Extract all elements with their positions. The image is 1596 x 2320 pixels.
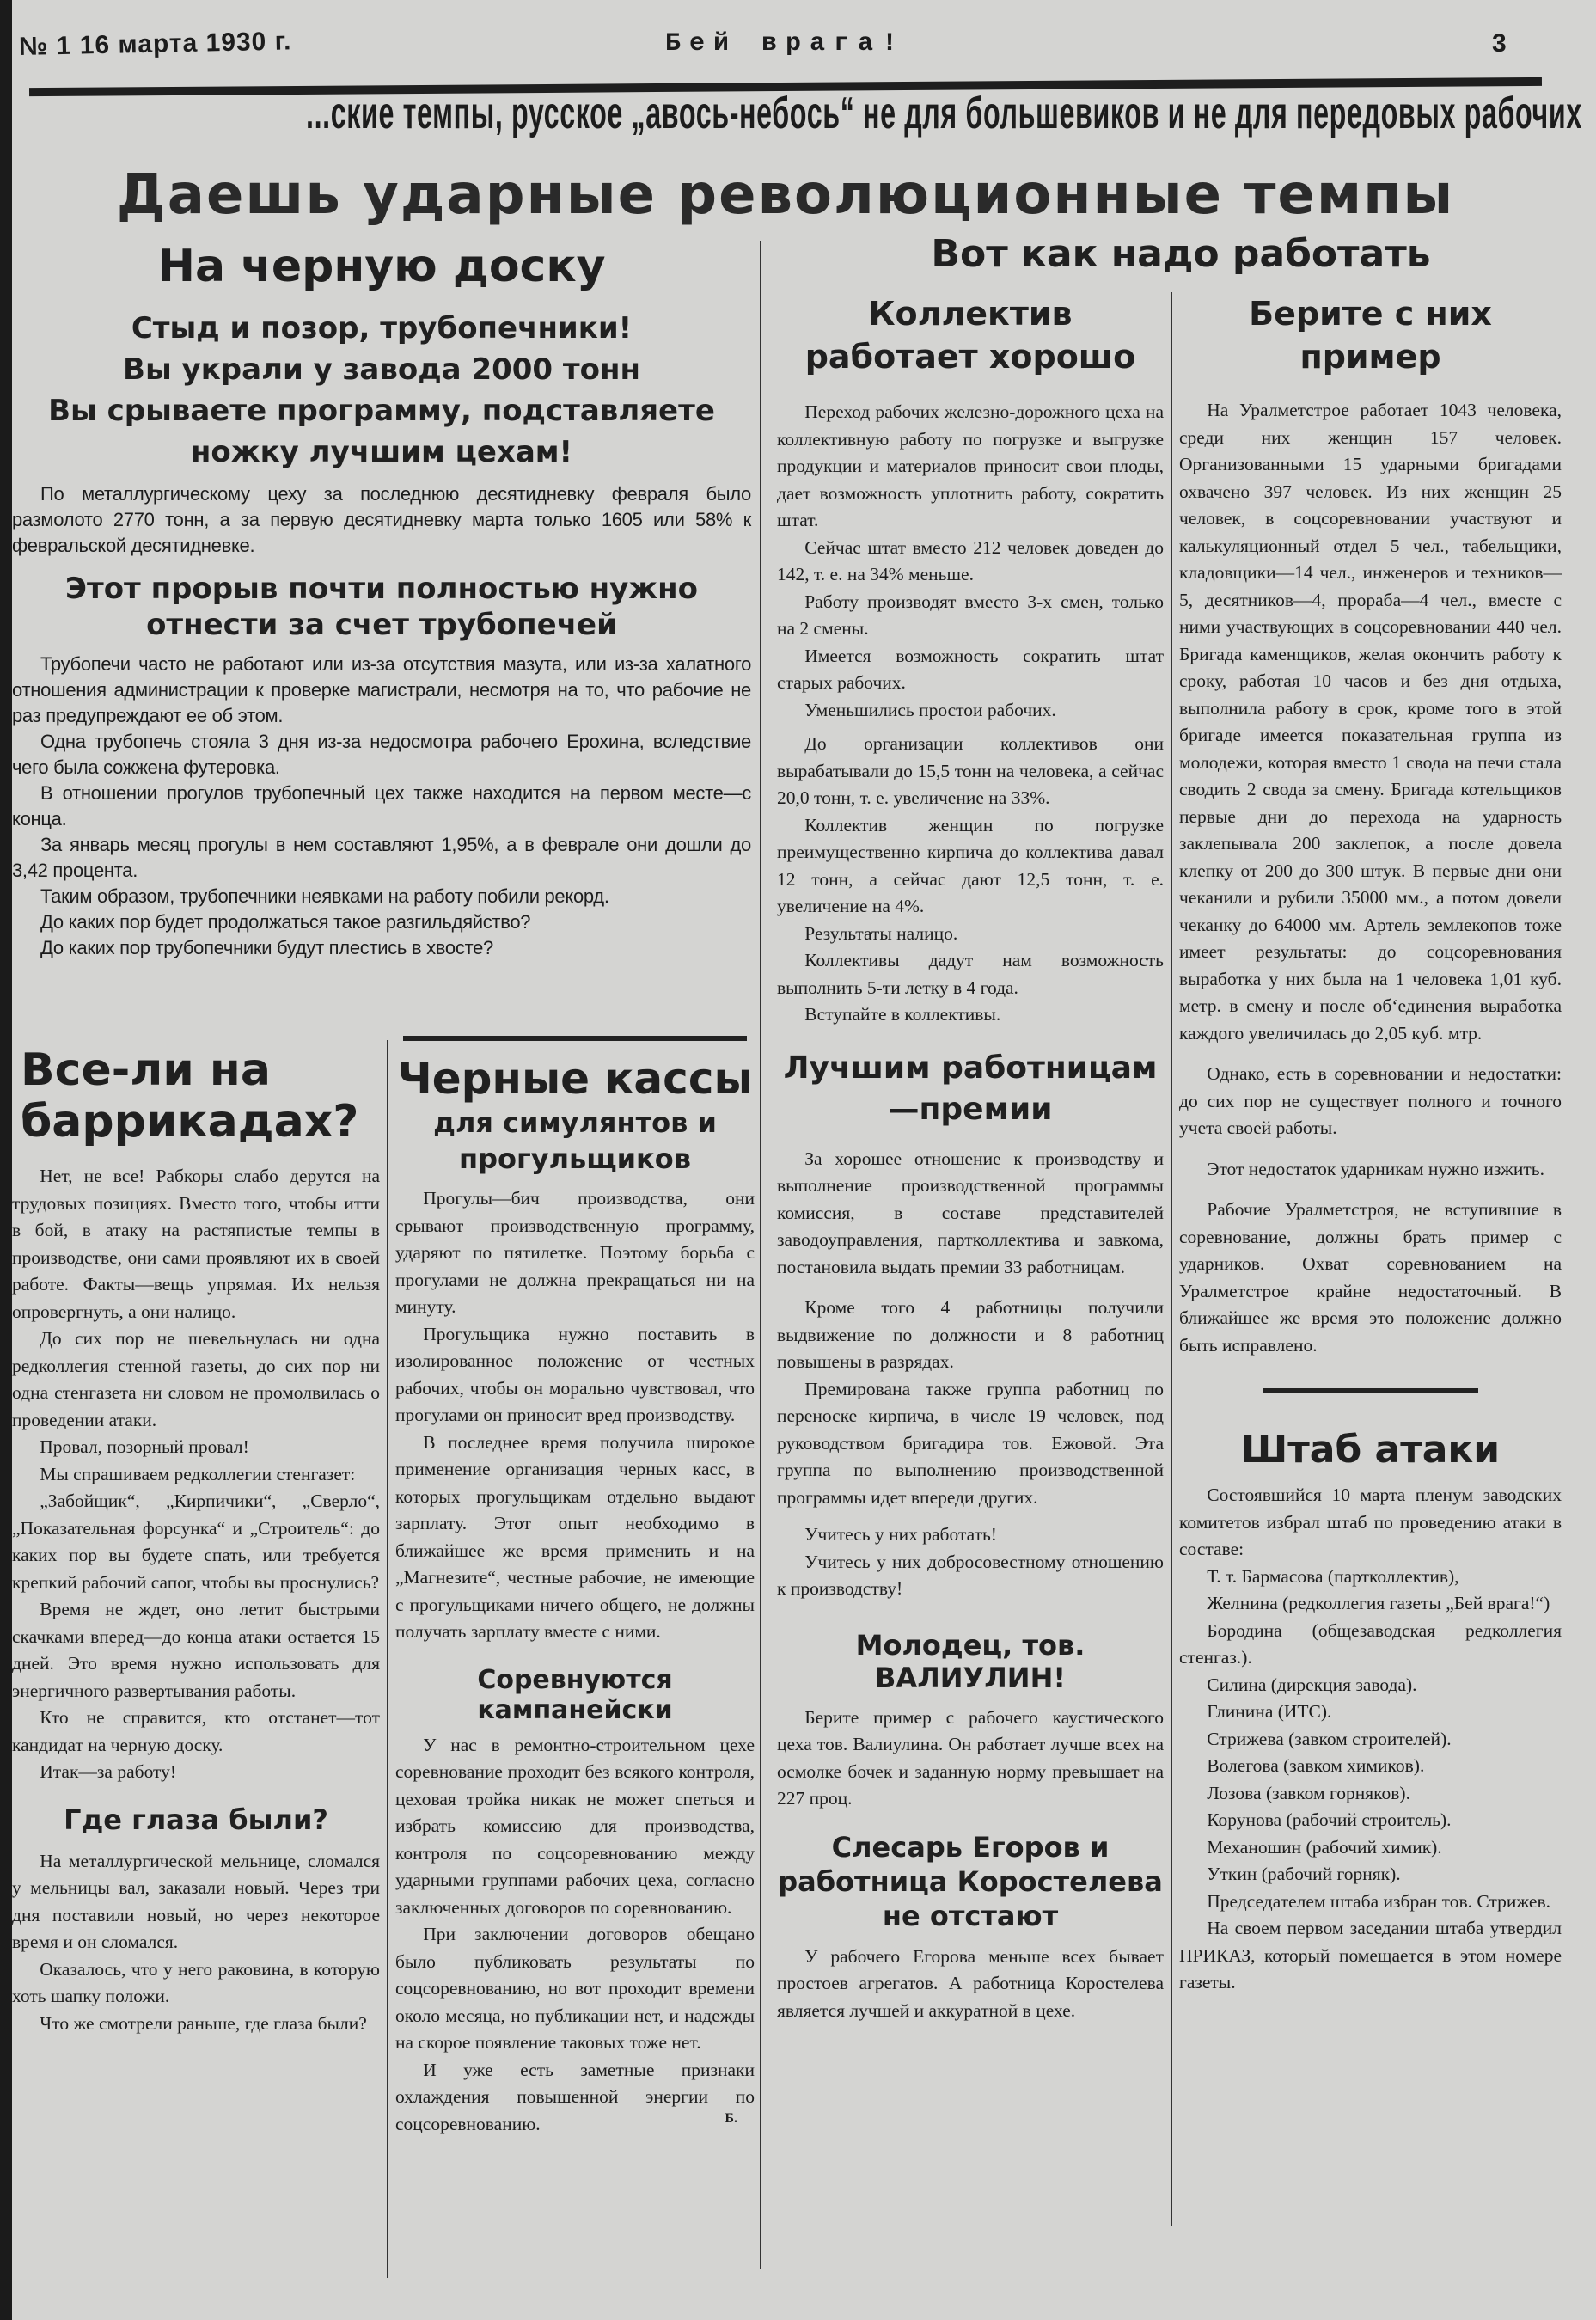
paragraph: Сейчас штат вместо 212 человек доведен д…	[777, 535, 1164, 589]
paragraph: Мы спрашиваем редколлегии стенгазет:	[12, 1461, 380, 1489]
headline-barricades: Все-ли на баррикадах?	[12, 1044, 380, 1148]
paragraph: Берите пример с рабочего каустического ц…	[777, 1705, 1164, 1813]
paragraph: Оказалось, что у него раковина, в котору…	[12, 1956, 380, 2011]
headline-breakthrough: Этот прорыв почти полностью нужно отнест…	[12, 571, 751, 643]
paragraph: Состоявшийся 10 марта пленум заводских к…	[1179, 1482, 1562, 1564]
divider-rule	[403, 1036, 747, 1041]
paragraph: Кроме того 4 работницы получили выдвижен…	[777, 1295, 1164, 1376]
paragraph: Прогулы—бич производства, они срывают пр…	[395, 1185, 755, 1321]
paragraph: Кто не справится, кто отстанет—тот канди…	[12, 1705, 380, 1759]
subhead-black-cash: для симулянтов и прогульщиков	[395, 1105, 755, 1177]
headline-egorov: Слесарь Егоров и работница Коростелева н…	[777, 1830, 1164, 1933]
paragraph: Вступайте в коллективы.	[777, 1001, 1164, 1029]
hq-member: Бородина (общезаводская редколлегия стен…	[1179, 1618, 1562, 1672]
page-binding-edge	[0, 0, 12, 2320]
hq-member: Т. т. Бармасова (партколлектив),	[1179, 1564, 1562, 1591]
paragraph: До каких пор трубопечники будут плестись…	[12, 935, 751, 961]
paragraph: Нет, не все! Рабкоры слабо дерутся на тр…	[12, 1163, 380, 1325]
paragraph: Этот недостаток ударникам нужно изжить.	[1179, 1156, 1562, 1184]
paragraph: В последнее время получила широкое приме…	[395, 1429, 755, 1646]
paragraph: Учитесь у них добросовестному отношению …	[777, 1549, 1164, 1603]
subhead-stolen: Вы украли у завода 2000 тонн	[12, 349, 751, 390]
paragraph: До каких пор будет продолжаться такое ра…	[12, 909, 751, 935]
paragraph: При заключении договоров обещано было пу…	[395, 1921, 755, 2057]
paragraph: На своем первом заседании штаба утвердил…	[1179, 1915, 1562, 1997]
headline-example: Берите с них пример	[1179, 292, 1562, 378]
paragraph: Время не ждет, оно летит быстрыми скачка…	[12, 1596, 380, 1705]
hq-member: Желнина (редколлегия газеты „Бей врага!“…	[1179, 1590, 1562, 1618]
banner-line-1: ...ские темпы, русское „авось-небось“ не…	[306, 88, 1265, 139]
hq-member: Корунова (рабочий строитель).	[1179, 1807, 1562, 1834]
paragraph: Имеется возможность сократить штат стары…	[777, 643, 1164, 697]
hq-member-list: Т. т. Бармасова (партколлектив), Желнина…	[1179, 1564, 1562, 1888]
article-black-cash: Черные кассы для симулянтов и прогульщик…	[395, 1044, 755, 2127]
paragraph: Что же смотрели раньше, где глаза были?	[12, 2011, 380, 2038]
article-black-board: На черную доску Стыд и позор, трубопечни…	[12, 241, 751, 961]
issue-date: № 1 16 марта 1930 г.	[19, 27, 292, 62]
paragraph: Однако, есть в соревновании и недостатки…	[1179, 1061, 1562, 1142]
paragraph: Рабочие Уралметстроя, не вступившие в со…	[1179, 1197, 1562, 1359]
hq-member: Механошин (рабочий химик).	[1179, 1834, 1562, 1862]
paragraph: Итак—за работу!	[12, 1759, 380, 1786]
paragraph: Таким образом, трубопечники неявками на …	[12, 884, 751, 909]
article-example: Берите с них пример На Уралметстрое рабо…	[1179, 292, 1562, 1997]
paragraph: Премирована также группа работниц по пер…	[777, 1376, 1164, 1512]
headline-campaign: Соревнуются кампанейски	[395, 1665, 755, 1725]
paragraph: Председателем штаба избран тов. Стрижев.	[1179, 1888, 1562, 1916]
paragraph: На Уралметстрое работает 1043 человека, …	[1179, 397, 1562, 1047]
subhead-shame: Стыд и позор, трубопечники!	[12, 308, 751, 349]
paragraph: Прогульщика нужно поставить в изолирован…	[395, 1321, 755, 1429]
hq-member: Глинина (ИТС).	[1179, 1699, 1562, 1726]
paragraph: Учитесь у них работать!	[777, 1521, 1164, 1549]
hq-member: Стрижева (завком строителей).	[1179, 1726, 1562, 1754]
headline-black-board: На черную доску	[12, 241, 751, 292]
paragraph: У нас в ремонтно-строительном цехе сорев…	[395, 1732, 755, 1922]
paragraph: До организации коллективов они вырабатыв…	[777, 731, 1164, 812]
column-divider	[1171, 292, 1172, 2226]
masthead: № 1 16 марта 1930 г. Бей врага! 3	[12, 26, 1559, 67]
paragraph: Уменьшились простои рабочих.	[777, 697, 1164, 725]
article-barricades: Все-ли на баррикадах? Нет, не все! Рабко…	[12, 1044, 380, 2037]
paragraph: Трубопечи часто не работают или из-за от…	[12, 652, 751, 729]
paragraph: Провал, позорный провал!	[12, 1434, 380, 1461]
headline-how-to-work: Вот как надо работать	[768, 232, 1593, 276]
hq-member: Лозова (завком горняков).	[1179, 1780, 1562, 1808]
hq-member: Силина (дирекция завода).	[1179, 1672, 1562, 1699]
column-divider	[387, 1040, 388, 2278]
paragraph: Результаты налицо.	[777, 921, 1164, 948]
paragraph: Переход рабочих железно-дорожного цеха н…	[777, 399, 1164, 535]
headline-eyes: Где глаза были?	[12, 1803, 380, 1836]
intro-paragraph: По металлургическому цеху за последнюю д…	[12, 481, 751, 559]
page-number: 3	[1492, 29, 1507, 58]
newspaper-page: № 1 16 марта 1930 г. Бей врага! 3 ...ски…	[12, 0, 1596, 2320]
paragraph: Работу производят вместо 3-х смен, тольк…	[777, 589, 1164, 643]
article-collective: Коллектив работает хорошо Переход рабочи…	[777, 292, 1164, 2024]
paragraph: За хорошее отношение к производству и вы…	[777, 1146, 1164, 1282]
headline-valiulin: Молодец, тов. ВАЛИУЛИН!	[777, 1629, 1164, 1694]
paragraph: Одна трубопечь стояла 3 дня из-за недосм…	[12, 729, 751, 780]
paragraph: Коллективы дадут нам возможность выполни…	[777, 947, 1164, 1001]
paragraph: Коллектив женщин по погрузке преимуществ…	[777, 812, 1164, 921]
paragraph: На металлургической мельнице, сломался у…	[12, 1848, 380, 1956]
headline-hq: Штаб атаки	[1179, 1428, 1562, 1472]
column-divider	[760, 241, 761, 2269]
hq-member: Уткин (рабочий горняк).	[1179, 1861, 1562, 1888]
subhead-program: Вы срываете программу, подставляете ножк…	[12, 390, 751, 473]
paragraph: За январь месяц прогулы в нем составляют…	[12, 832, 751, 884]
headline-collective: Коллектив работает хорошо	[777, 292, 1164, 378]
headline-best-workers: Лучшим работницам—премии	[777, 1048, 1164, 1130]
paragraph: В отношении прогулов трубопечный цех так…	[12, 780, 751, 832]
banner-headline: Даешь ударные революционные темпы	[12, 163, 1559, 227]
hq-member: Волегова (завком химиков).	[1179, 1753, 1562, 1780]
paper-name: Бей врага!	[665, 29, 906, 58]
divider-rule	[1263, 1388, 1478, 1393]
paragraph: До сих пор не шевельнулась ни одна редко…	[12, 1325, 380, 1434]
headline-black-cash: Черные кассы	[395, 1053, 755, 1105]
paragraph: „Забойщик“, „Кирпичики“, „Сверло“, „Пока…	[12, 1488, 380, 1596]
paragraph: У рабочего Егорова меньше всех бывает пр…	[777, 1944, 1164, 2025]
